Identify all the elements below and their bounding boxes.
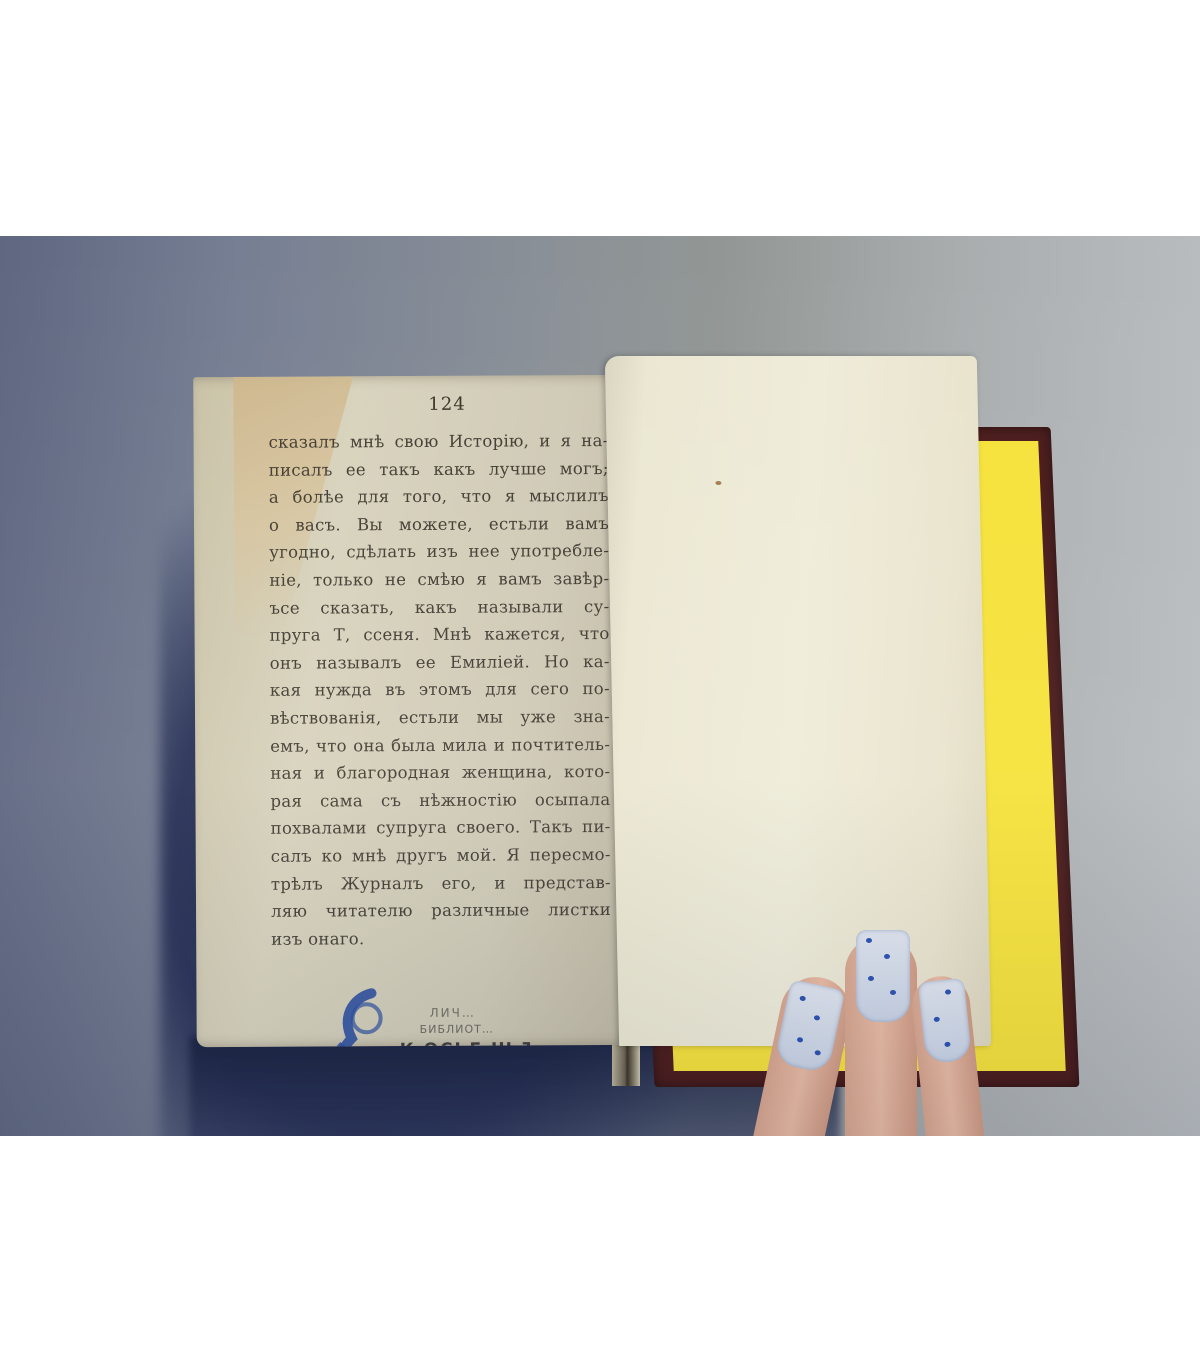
text-line: пруга Т, ссеня. Мнѣ кажется, что bbox=[270, 620, 610, 649]
text-line: вѣствованія, естьли мы уже зна- bbox=[270, 703, 610, 732]
stamp-text: БИБЛИОТ… bbox=[420, 1023, 494, 1036]
text-line: ъсе сказать, какъ называли су- bbox=[269, 593, 609, 622]
text-line: похвалами супруга своего. Такъ пи- bbox=[271, 813, 611, 842]
text-line: о васъ. Вы можете, естьли вамъ bbox=[269, 510, 609, 539]
left-page: 124 сказалъ мнѣ свою Исторію, и я на- пи… bbox=[193, 375, 637, 1047]
text-line: трѣлъ Журналъ его, и представ- bbox=[271, 868, 611, 897]
text-line: изъ онаго. bbox=[271, 924, 611, 953]
hand bbox=[760, 936, 990, 1136]
page-speck bbox=[715, 481, 721, 485]
text-line: емъ, что она была мила и почтитель- bbox=[270, 731, 610, 760]
text-line: сказалъ мнѣ свою Исторію, и я на- bbox=[269, 427, 609, 456]
text-line: онъ называлъ ее Емиліей. Но ка- bbox=[270, 648, 610, 677]
text-line: рая сама съ нѣжностію осыпала bbox=[270, 786, 610, 815]
text-line: кая нужда въ этомъ для сего по- bbox=[270, 675, 610, 704]
text-line: писалъ ее такъ какъ лучше могъ; bbox=[269, 455, 609, 484]
text-line: ная и благородная женщина, кото- bbox=[270, 758, 610, 787]
nail bbox=[856, 930, 910, 1022]
library-stamp: ЛИЧ… БИБЛИОТ… К ОСЬЕ Ш Ъ. А bbox=[311, 987, 552, 1047]
text-line: салъ ко мнѣ другъ мой. Я пересмо- bbox=[271, 841, 611, 870]
stamp-text: ЛИЧ… bbox=[430, 1006, 476, 1020]
text-line: угодно, сдѣлать изъ нее употребле- bbox=[269, 537, 609, 566]
text-line: ніе, только не смѣю я вамъ завѣр- bbox=[269, 565, 609, 594]
page-text: сказалъ мнѣ свою Исторію, и я на- писалъ… bbox=[269, 427, 612, 953]
page-number: 124 bbox=[428, 394, 465, 415]
text-line: ляю читателю различные листки bbox=[271, 896, 611, 925]
text-line: а болѣе для того, что я мыслилъ bbox=[269, 482, 609, 511]
book-photo: 124 сказалъ мнѣ свою Исторію, и я на- пи… bbox=[0, 236, 1200, 1136]
